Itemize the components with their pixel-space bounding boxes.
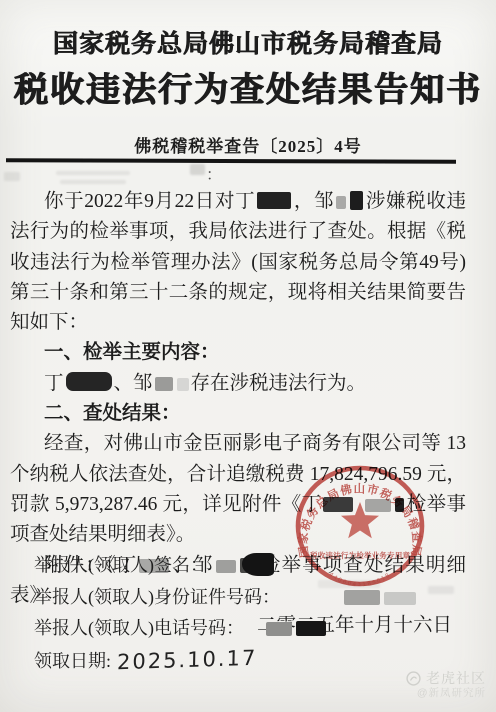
issuing-authority: 国家税务总局佛山市税务局稽查局 (0, 24, 496, 60)
watermark-handle: @新凤研究所 (406, 686, 486, 701)
official-red-seal: 国家税务总局佛山市税务局稽查局 税收违法行为检举业务专用章 4406043185… (292, 464, 428, 592)
erased-text-remnant (60, 180, 126, 184)
redaction-black (257, 192, 291, 209)
paragraph-text: ，邹 (293, 191, 334, 212)
document-number: 佛税稽税举查告〔2025〕4号 (0, 132, 496, 157)
erased-text-remnant (56, 171, 130, 175)
receive-date-label: 领取日期: (34, 651, 111, 671)
redaction-black (66, 372, 112, 391)
redaction-gray (266, 622, 292, 636)
document-page: 国家税务总局佛山市税务局稽查局 税收违法行为查处结果告知书 佛税稽税举查告〔20… (0, 0, 496, 712)
redaction-gray (177, 378, 189, 391)
section1-heading: 一、检举主要内容： (10, 338, 466, 368)
section2-heading: 二、查处结果： (10, 399, 466, 429)
paragraph-text: 你于2022年9月22日对丁 (44, 191, 255, 212)
tiger-community-logo-icon (406, 671, 421, 686)
redaction-gray (155, 377, 173, 391)
seal-serial-number: 4406043185018 (328, 572, 393, 588)
redaction-signature (242, 553, 274, 576)
watermark: 老虎社区 @新凤研究所 (406, 671, 486, 701)
erased-text-remnant (190, 164, 205, 175)
section1-item: 丁、邹存在涉税违法行为。 (10, 369, 466, 399)
svg-text:4406043185018: 4406043185018 (328, 572, 393, 588)
redaction-black (296, 621, 326, 636)
seal-caption: 税收违法行为检举业务专用章 (309, 550, 410, 560)
document-title: 税收违法行为查处结果告知书 (0, 62, 496, 111)
erased-text-remnant (4, 172, 20, 181)
phone-label: 举报人(领取人)电话号码： (34, 618, 244, 638)
header-divider (6, 158, 456, 164)
receive-date-handwritten: 2025.10.17 (117, 642, 258, 678)
seal-star-icon (341, 502, 379, 538)
redaction-gray (336, 196, 346, 209)
salutation-colon: ： (206, 162, 222, 185)
phone-line: 举报人(领取人)电话号码： (34, 613, 468, 645)
redaction-gray (384, 592, 416, 605)
watermark-brand: 老虎社区 (426, 671, 486, 686)
paragraph-text: 涉嫌税收违法行为的检举事项，我局依法进行了查处。根据《税收违法行为检举管理办法》… (10, 191, 466, 333)
paragraph-intro: 你于2022年9月22日对丁，邹涉嫌税收违法行为的检举事项，我局依法进行了查处。… (10, 187, 466, 338)
id-number-label: 举报人(领取人)身份证件号码： (34, 587, 280, 607)
redaction-black (350, 191, 363, 210)
receive-date-line: 领取日期:2025.10.17 (34, 645, 468, 678)
paragraph-text: 存在涉税违法行为。 (191, 373, 367, 394)
paragraph-text: 、邹 (114, 373, 153, 394)
signature-label: 举报人(领取人)签名： (34, 555, 208, 575)
paragraph-text: 丁 (44, 373, 64, 394)
watermark-brand-line: 老虎社区 (406, 671, 486, 686)
